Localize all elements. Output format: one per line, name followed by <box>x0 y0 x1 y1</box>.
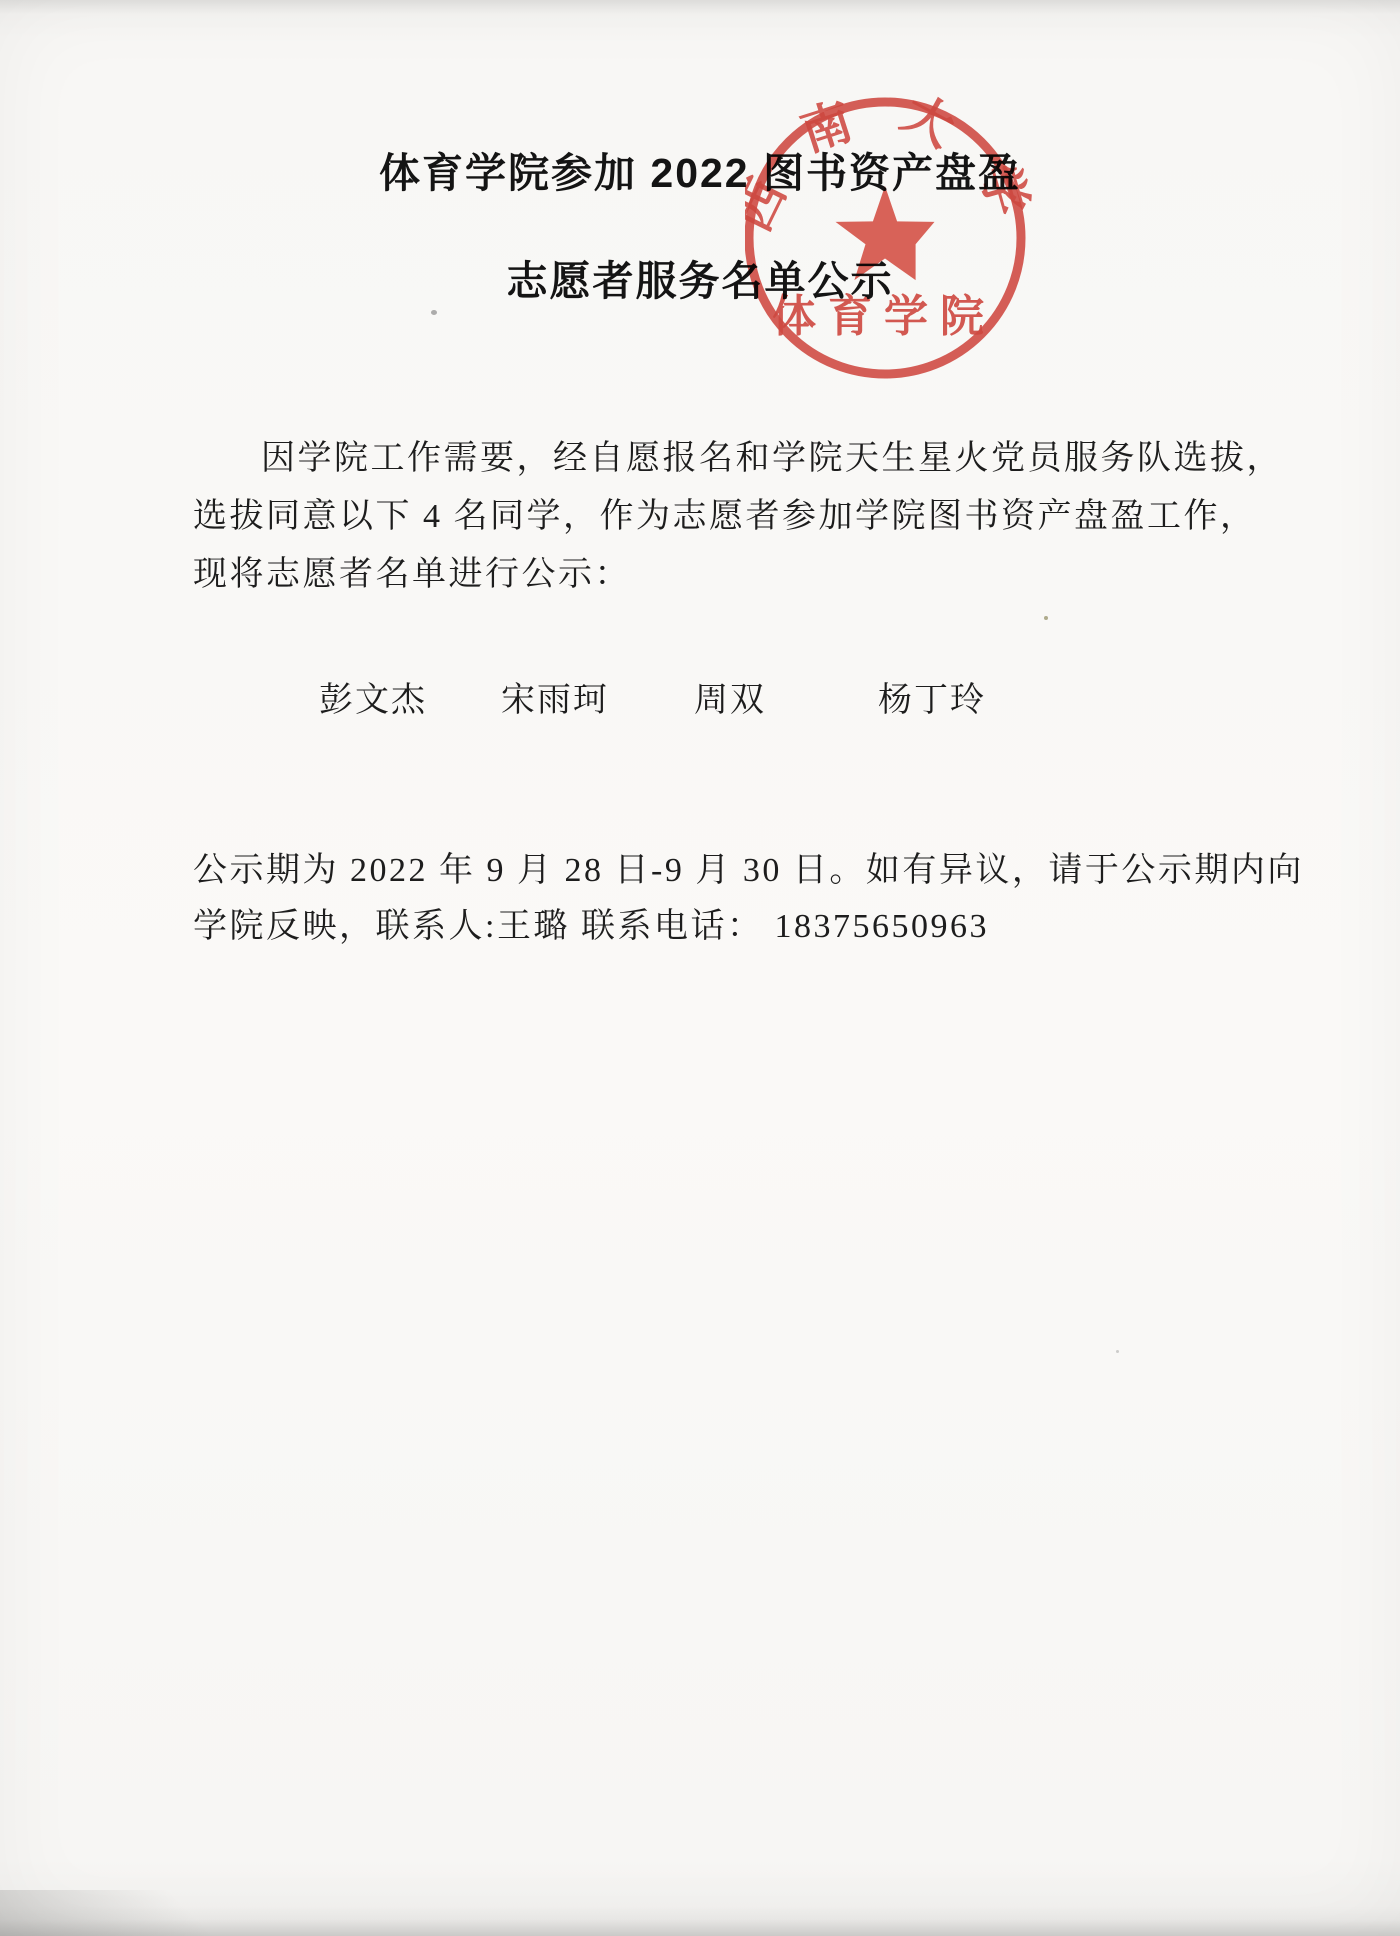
volunteer-name: 彭文杰 <box>319 672 427 721</box>
volunteer-name-list: 彭文杰 宋雨珂 周双 杨丁玲 <box>0 672 1400 716</box>
title-line-2: 志愿者服务名单公示 <box>0 248 1400 307</box>
volunteer-name: 周双 <box>694 672 766 721</box>
intro-line-3: 现将志愿者名单进行公示： <box>193 546 1223 604</box>
seal-bottom-text: 体育学院 <box>772 292 996 341</box>
scanned-announcement-page: 体育学院参加 2022 图书资产盘盈 志愿者服务名单公示 西南大学 体育学院 因… <box>0 0 1400 1936</box>
seal-star-icon <box>836 186 935 280</box>
official-seal: 西南大学 体育学院 <box>745 96 1037 388</box>
scan-speckle <box>1044 616 1048 620</box>
intro-line-2: 选拔同意以下 4 名同学，作为志愿者参加学院图书资产盘盈工作， <box>193 488 1223 546</box>
scan-speckle <box>431 310 437 315</box>
scan-edge-artifact <box>0 0 1400 14</box>
title-line-1: 体育学院参加 2022 图书资产盘盈 <box>0 140 1400 199</box>
notice-paragraph: 公示期为 2022 年 9 月 28 日-9 月 30 日。如有异议，请于公示期… <box>193 843 1223 955</box>
intro-paragraph: 因学院工作需要，经自愿报名和学院天生星火党员服务队选拔， 选拔同意以下 4 名同… <box>193 430 1223 604</box>
scan-edge-artifact <box>0 1890 260 1936</box>
intro-line-1: 因学院工作需要，经自愿报名和学院天生星火党员服务队选拔， <box>193 430 1223 488</box>
notice-line-2: 学院反映，联系人:王璐 联系电话： 18375650963 <box>193 899 1223 955</box>
notice-line-1: 公示期为 2022 年 9 月 28 日-9 月 30 日。如有异议，请于公示期… <box>193 843 1223 899</box>
volunteer-name: 杨丁玲 <box>878 672 986 721</box>
volunteer-name: 宋雨珂 <box>501 672 609 721</box>
scan-speckle <box>1116 1350 1119 1353</box>
